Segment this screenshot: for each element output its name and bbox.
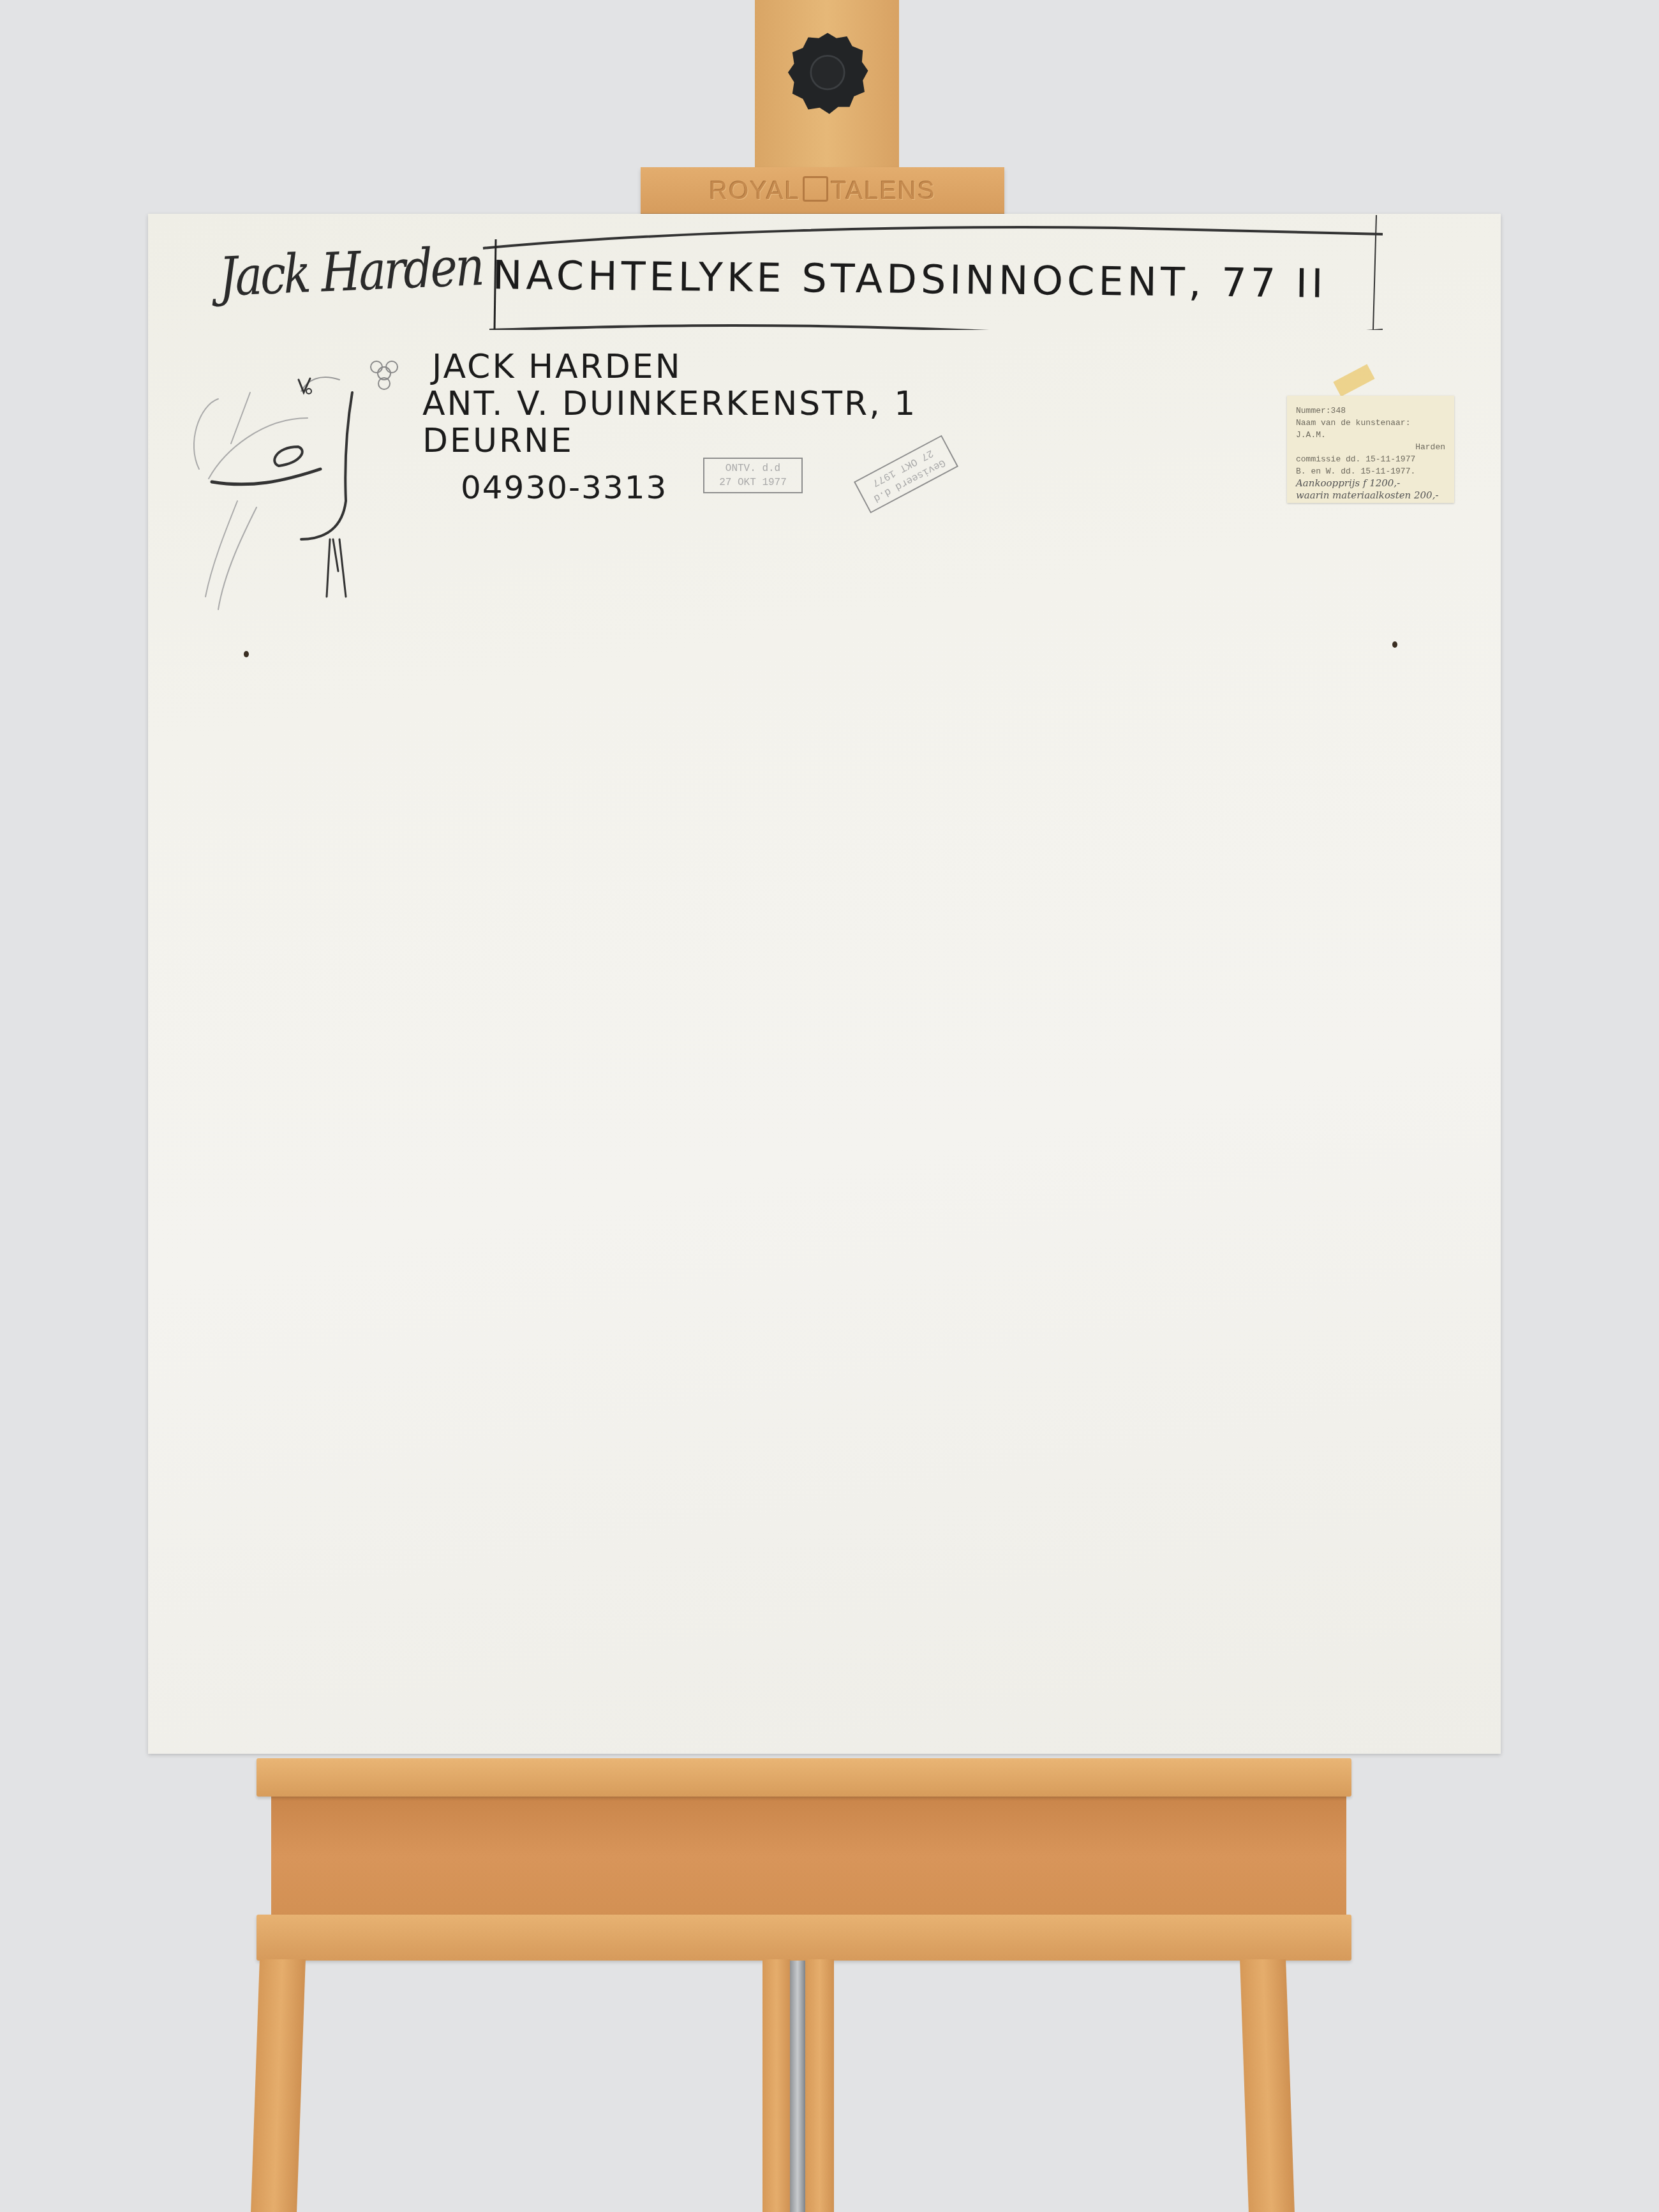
bird-sketch-icon (174, 341, 454, 699)
received-stamp: ONTV. d.d 27 OKT 1977 (703, 458, 803, 493)
screw-hole-left (244, 651, 249, 657)
easel-leg-center-2 (805, 1959, 834, 2212)
easel-clamp[interactable]: ROYALTALENS (641, 167, 1004, 216)
label-materials-text: waarin materiaalkosten (1296, 489, 1411, 501)
label-bw: B. en W. dd. 15-11-1977. (1296, 465, 1445, 477)
label-materials: waarin materiaalkosten 200,- (1296, 489, 1445, 502)
easel-tray-lip[interactable] (257, 1915, 1351, 1961)
stamp-1-line1: ONTV. d.d (708, 461, 798, 475)
painting-title: NACHTELYKE STADSINNOCENT, 77 II (493, 251, 1327, 307)
painting-board-back: NACHTELYKE STADSINNOCENT, 77 II Jack Har… (148, 214, 1501, 1754)
easel-tray-top[interactable] (257, 1758, 1351, 1797)
easel-leg-center (763, 1959, 791, 2212)
label-price: Aankoopprijs f 1200,- (1296, 477, 1445, 489)
artist-signature: Jack Harden (218, 235, 483, 308)
artist-name: JACK HARDEN (432, 348, 682, 386)
reviewed-stamp: 27 OKT 1977 Geviseerd d.d (854, 435, 958, 514)
label-materials-amount: 200,- (1414, 489, 1438, 501)
easel-hinge[interactable] (790, 1961, 805, 2212)
easel-leg-right (1240, 1959, 1295, 2212)
catalogue-label: Nummer:348 Naam van de kunstenaar: J.A.M… (1287, 396, 1454, 503)
label-number: Nummer:348 (1296, 405, 1445, 417)
easel-brand: ROYALTALENS (641, 176, 1004, 206)
talens-logo-icon (803, 176, 828, 202)
brand-right: TALENS (831, 177, 936, 205)
artist-phone: 04930-3313 (461, 469, 667, 506)
easel-tray-back (271, 1795, 1346, 1919)
tape-top (1333, 364, 1374, 396)
label-artist: Naam van de kunstenaar: J.A.M. (1296, 417, 1445, 441)
screw-hole-right (1392, 641, 1397, 648)
artist-address: ANT. V. DUINKERKENSTR, 1 (422, 385, 917, 423)
artist-city: DEURNE (422, 422, 574, 460)
label-commission: commissie dd. 15-11-1977 (1296, 453, 1445, 465)
label-artist-2: Harden (1296, 441, 1445, 453)
stamp-1-line2: 27 OKT 1977 (708, 475, 798, 489)
knob-icon[interactable] (784, 29, 872, 117)
brand-left: ROYAL (709, 177, 800, 205)
easel-leg-left (251, 1959, 306, 2212)
